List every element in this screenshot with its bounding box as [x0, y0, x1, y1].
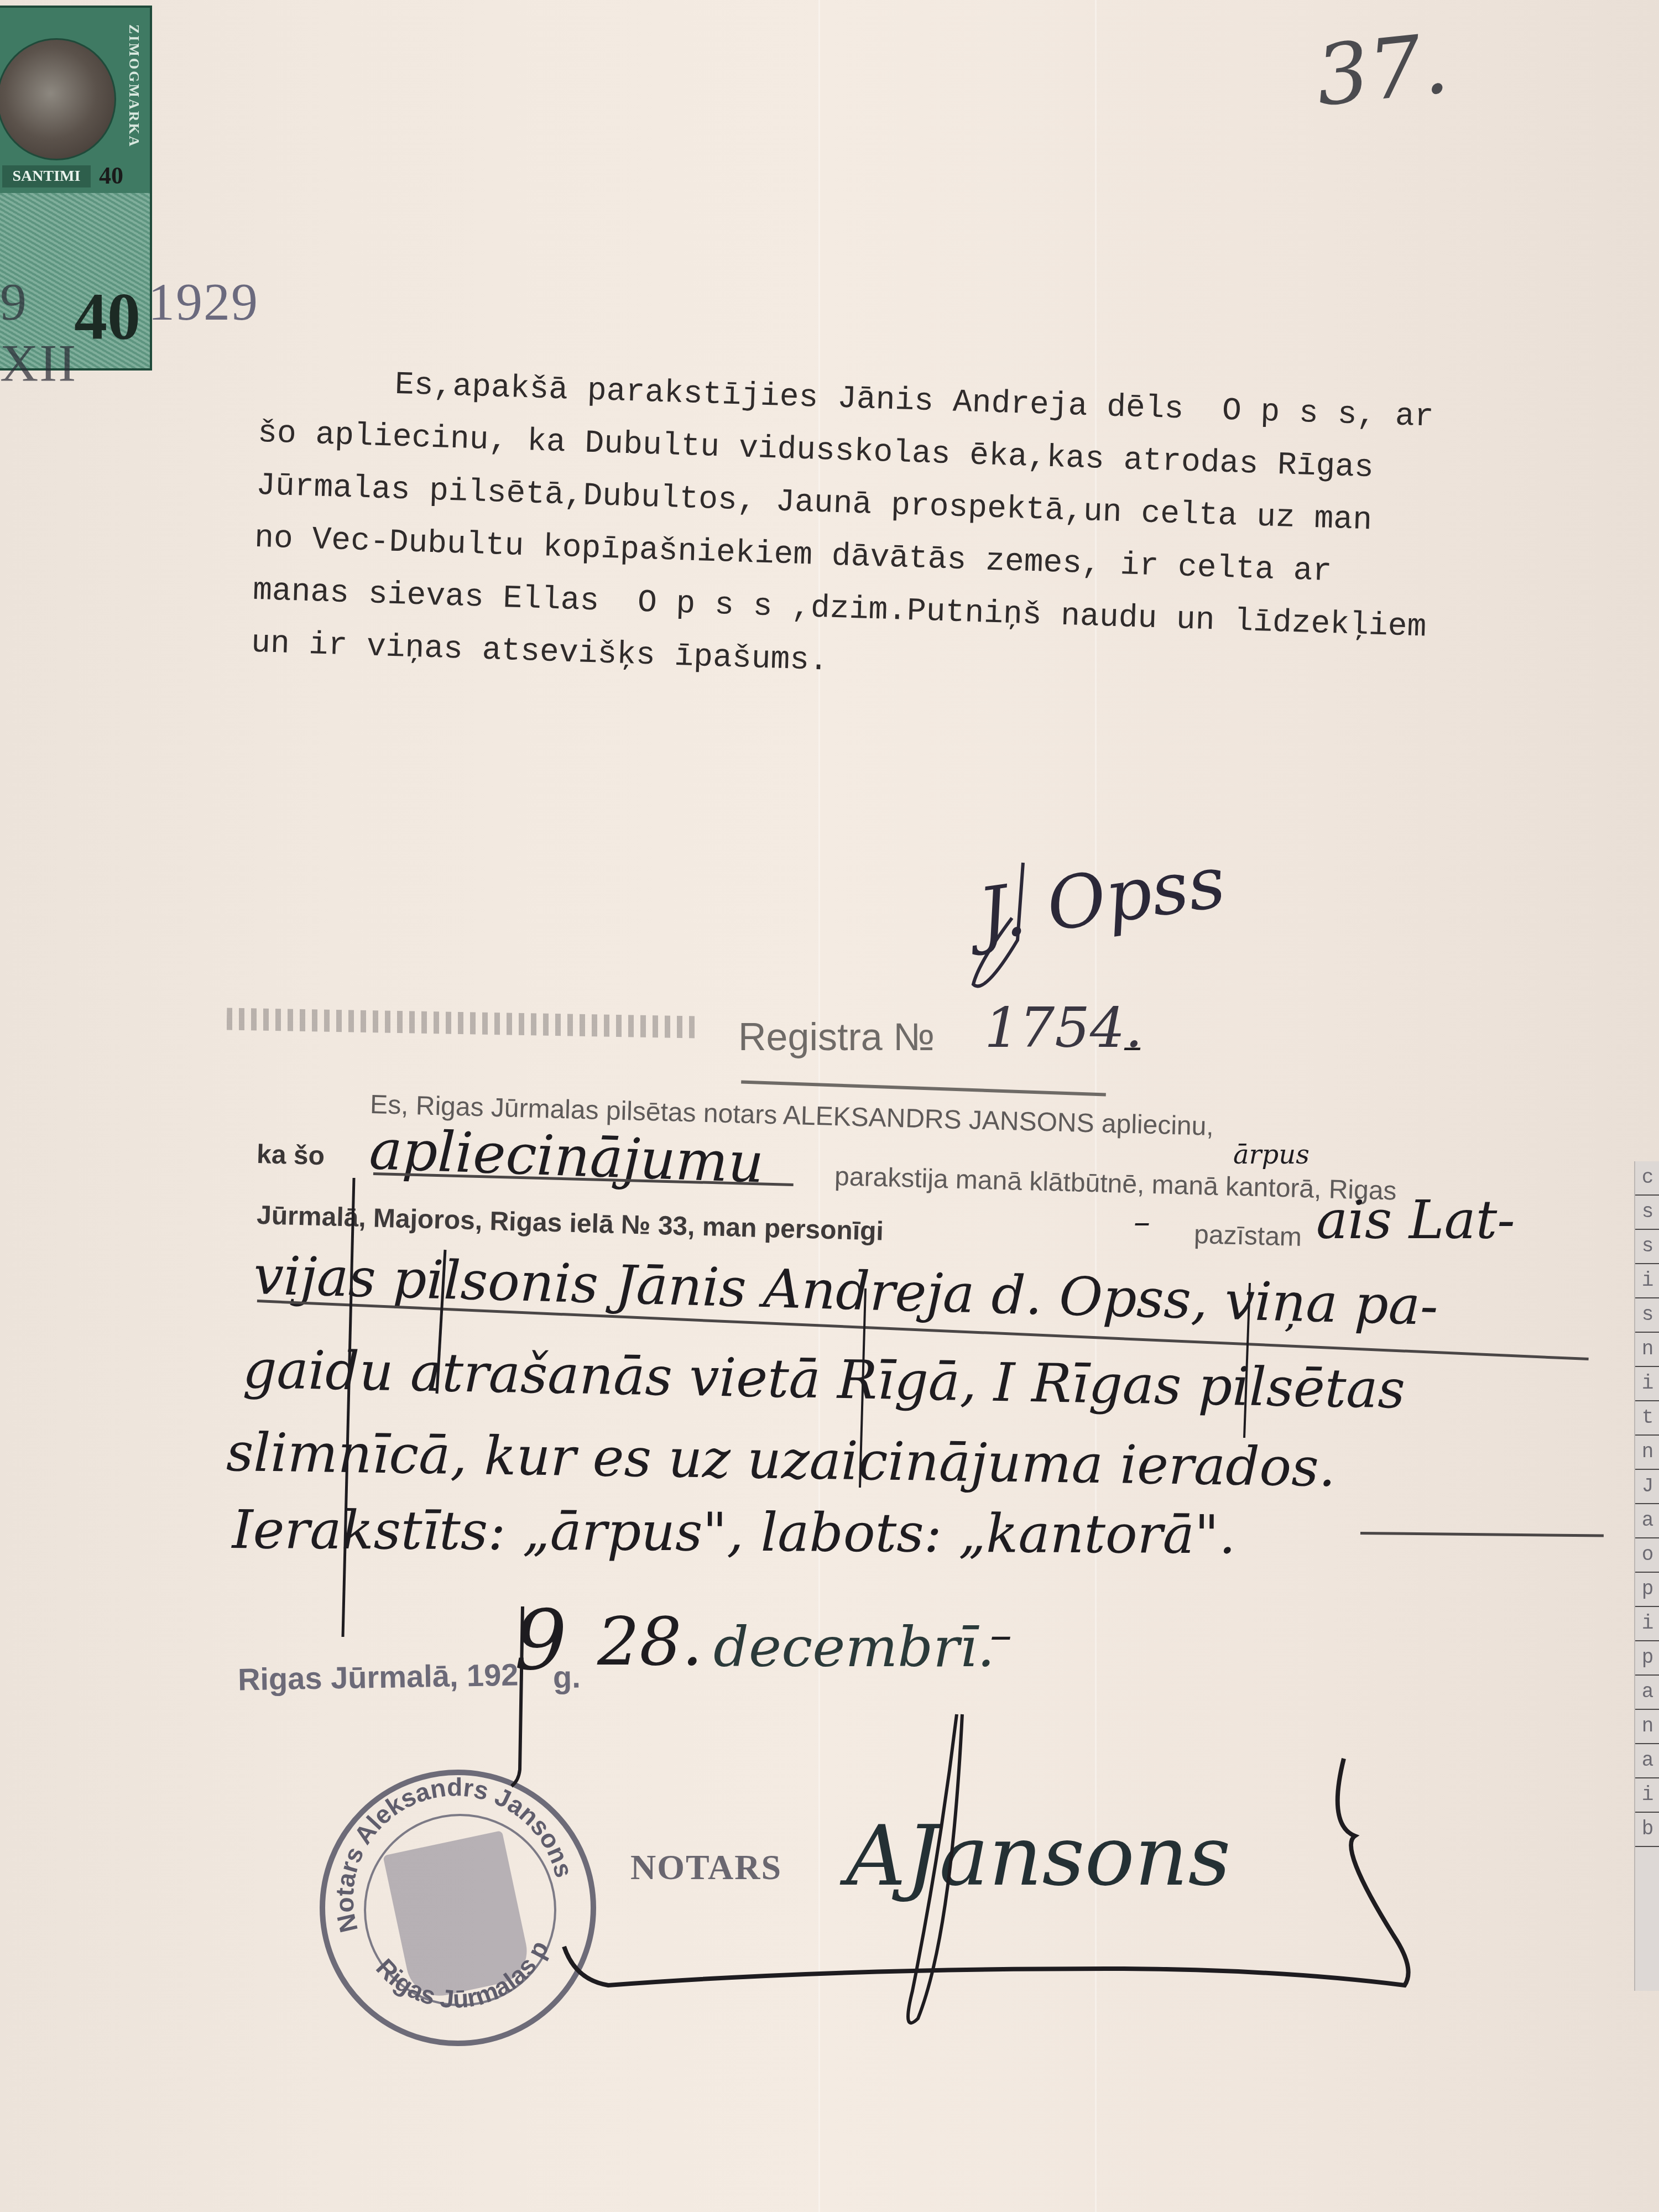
edge-char: i [1635, 1264, 1659, 1298]
stamp-side-text: ZIMOGMARKA [126, 24, 142, 148]
svg-text:Notars Aleksandrs Jansons: Notars Aleksandrs Jansons [330, 1772, 578, 1935]
registry-number: 1754. [984, 995, 1142, 1060]
edge-char: t [1635, 1401, 1659, 1436]
registry-underline [741, 1080, 1106, 1096]
handwritten-day: 28. [597, 1604, 703, 1681]
edge-char: s [1635, 1196, 1659, 1230]
notary-form-line-3: Jūrmalā, Majoros, Rigas ielā № 33, man p… [257, 1200, 884, 1247]
declarant-signature: J. Opss [973, 839, 1230, 957]
seal-ring-text: Notars Aleksandrs Jansons Rigas Jūrmalas… [320, 1770, 596, 2046]
registry-dash: – [1123, 1023, 1142, 1068]
adjacent-page-edge: c s s i s n i t n J a o p i p a n a i b [1634, 1161, 1659, 1991]
notary-label: NOTARS [630, 1847, 782, 1888]
edge-char: c [1635, 1161, 1659, 1196]
edge-char: i [1635, 1367, 1659, 1401]
page-number: 37. [1312, 15, 1453, 125]
edge-char: n [1635, 1436, 1659, 1470]
date-dash: – [990, 1609, 1012, 1661]
stamp-value-large: 40 [74, 279, 140, 355]
cancel-year: 1929 [148, 271, 259, 332]
cancel-day-month: 9 XII [0, 271, 77, 394]
edge-char: b [1635, 1813, 1659, 1847]
faded-stamp-line [227, 1008, 697, 1039]
date-place-print: Rigas Jūrmalā, 192 [237, 1657, 518, 1698]
edge-char: n [1635, 1710, 1659, 1744]
edge-char: p [1635, 1641, 1659, 1676]
notary-form-line-2: parakstija manā klātbūtnē, manā kantorā,… [834, 1161, 1397, 1207]
handwritten-line: vijas pilsonis Jānis Andreja d. Opss, vi… [253, 1244, 1439, 1337]
handwritten-corrections-note: Ierakstīts: „ārpus", labots: „kantorā". [232, 1499, 1235, 1566]
edge-char: o [1635, 1538, 1659, 1573]
edge-char: a [1635, 1744, 1659, 1778]
notary-seal: Notars Aleksandrs Jansons Rigas Jūrmalas… [320, 1770, 596, 2046]
edge-char: a [1635, 1504, 1659, 1538]
stamp-denomination-label: SANTIMI [2, 165, 91, 187]
handwritten-line: gaidu atrašanās vietā Rīgā, I Rīgas pils… [242, 1338, 1406, 1421]
typewritten-declaration: Es,apakšā parakstījies Jānis Andreja dēl… [260, 365, 1620, 408]
notary-signature: AJansons [846, 1808, 1230, 1905]
stamp-value-small: 40 [99, 161, 123, 190]
edge-char: a [1635, 1676, 1659, 1710]
registry-label: Registra № [738, 1015, 935, 1059]
edge-char: p [1635, 1573, 1659, 1607]
handwritten-insertion-arpus: ārpus [1233, 1139, 1310, 1170]
edge-char: n [1635, 1333, 1659, 1367]
handwritten-citizenship-start: ais Lat- [1316, 1189, 1515, 1251]
line-dash: – [1134, 1203, 1150, 1241]
closing-line [1360, 1532, 1604, 1537]
edge-char: s [1635, 1298, 1659, 1333]
edge-char: s [1635, 1230, 1659, 1264]
notary-form-ka-so: ka šo [257, 1139, 325, 1171]
edge-char: J [1635, 1470, 1659, 1504]
declaration-line: un ir viņas atsevišķs īpašums. [251, 628, 828, 678]
seal-top-text: Notars Aleksandrs Jansons [330, 1772, 578, 1935]
edge-char: i [1635, 1778, 1659, 1813]
date-year-suffix: g. [552, 1659, 581, 1695]
handwritten-month: decembrī. [713, 1615, 995, 1679]
handwritten-line: slimnīcā, kur es uz uzaicinājuma ierados… [226, 1421, 1335, 1499]
notary-form-pazistam: pazīstam [1194, 1219, 1302, 1253]
stamp-portrait-image [0, 38, 116, 160]
date-place-text: Rigas Jūrmalā, 192 [237, 1657, 518, 1697]
edge-char: i [1635, 1607, 1659, 1641]
